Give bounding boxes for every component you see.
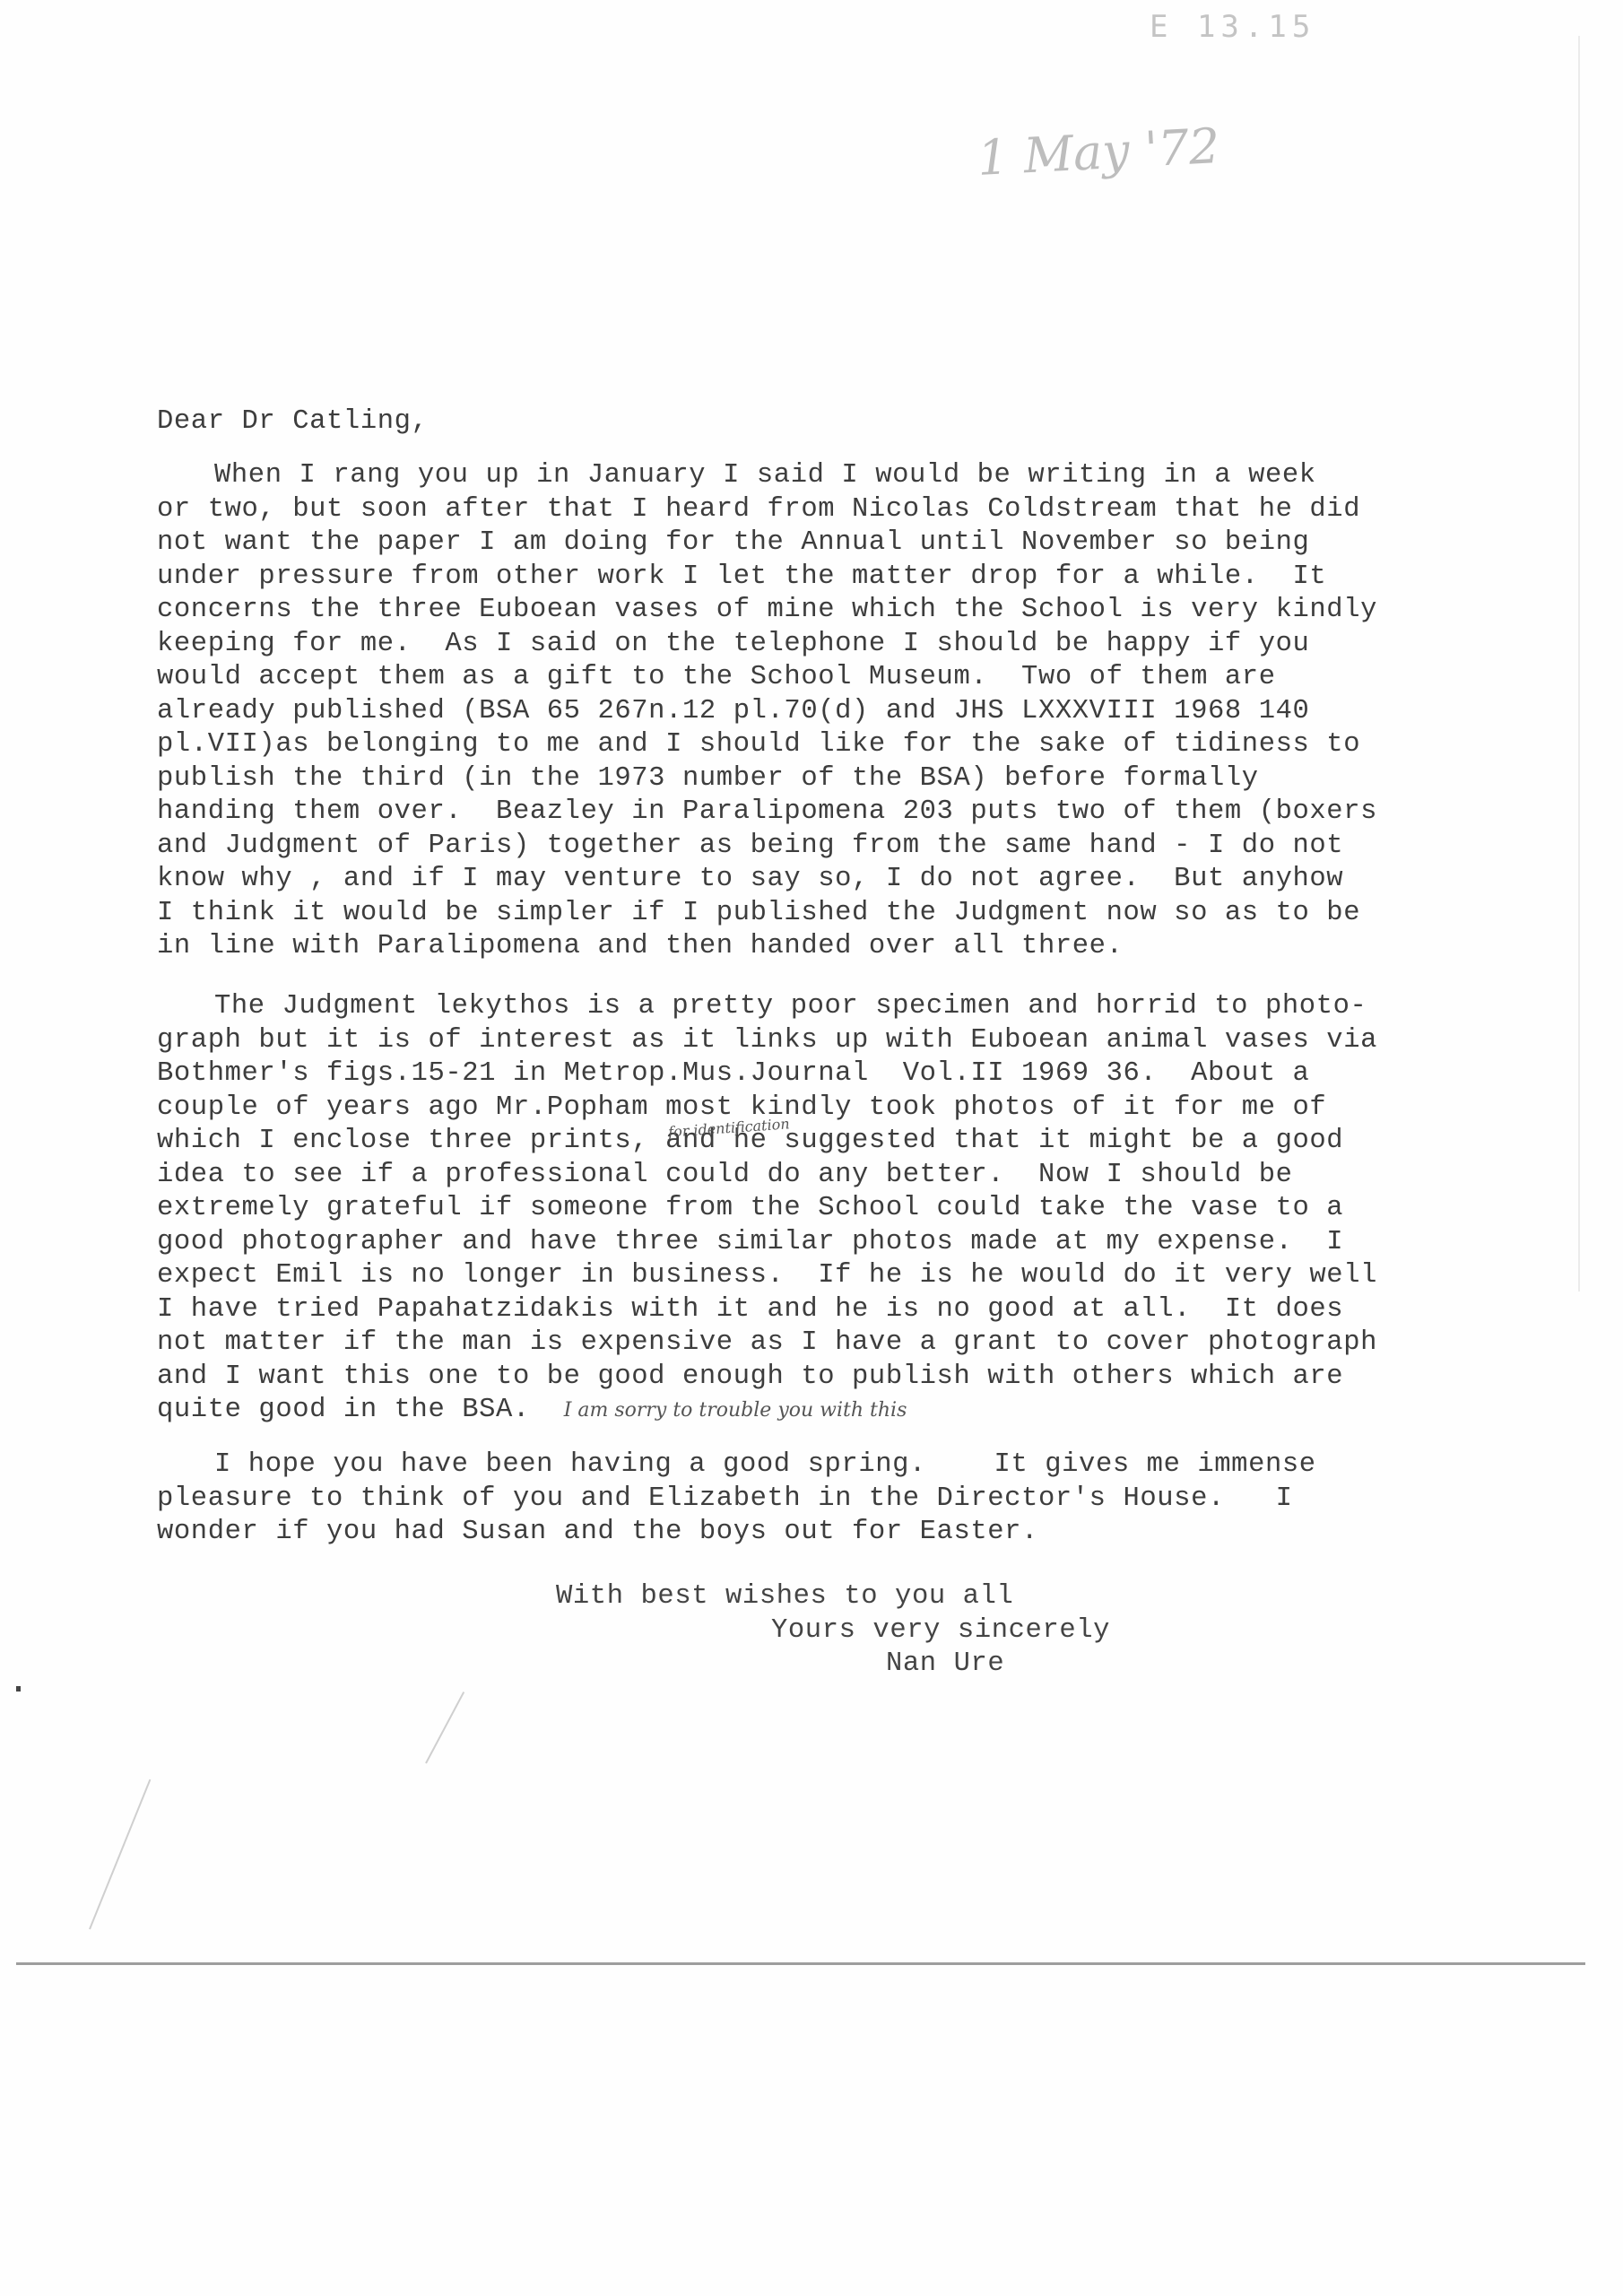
text-line: I hope you have been having a good sprin… [157,1448,1316,1483]
handwritten-postscript: I am sorry to trouble you with this [564,1399,907,1422]
text-line: extremely grateful if someone from the S… [157,1192,1377,1226]
text-line: in line with Paralipomena and then hande… [157,930,1377,964]
text-line: handing them over. Beazley in Paralipome… [157,796,1377,830]
archive-reference: E 13.15 [1150,9,1315,45]
text-line: pleasure to think of you and Elizabeth i… [157,1483,1316,1517]
text-line: publish the third (in the 1973 number of… [157,762,1377,796]
handwritten-date: 1 May '72 [976,117,1221,187]
text-line: I have tried Papahatzidakis with it and … [157,1293,1377,1327]
paragraph-2: The Judgment lekythos is a pretty poor s… [157,990,1377,1428]
page-edge-shadow [1578,36,1580,1291]
text-line: concerns the three Euboean vases of mine… [157,594,1377,628]
text-line: and I want this one to be good enough to… [157,1361,1377,1395]
closing-line: With best wishes to you all [556,1580,1013,1613]
scan-scratch [89,1779,151,1930]
text-line: I think it would be simpler if I publish… [157,897,1377,931]
text-line: not want the paper I am doing for the An… [157,526,1377,561]
text-line: When I rang you up in January I said I w… [157,459,1377,493]
text-line: under pressure from other work I let the… [157,561,1377,595]
text-line: keeping for me. As I said on the telepho… [157,628,1377,662]
text-line: wonder if you had Susan and the boys out… [157,1516,1316,1550]
punch-mark [16,1686,21,1692]
signature: Nan Ure [886,1648,1004,1681]
text-line: idea to see if a professional could do a… [157,1159,1377,1193]
text-line-last: quite good in the BSA. I am sorry to tro… [157,1394,1377,1428]
paragraph-1: When I rang you up in January I said I w… [157,459,1377,964]
text-line: graph but it is of interest as it links … [157,1024,1377,1058]
text-line: know why , and if I may venture to say s… [157,863,1377,897]
text-line: expect Emil is no longer in business. If… [157,1259,1377,1293]
text-line: The Judgment lekythos is a pretty poor s… [157,990,1377,1024]
salutation: Dear Dr Catling, [157,405,428,439]
scan-scratch [425,1692,464,1763]
text-line: good photographer and have three similar… [157,1226,1377,1260]
text-line: and Judgment of Paris) together as being… [157,830,1377,864]
page-bottom-rule [16,1962,1585,1965]
text-line: Bothmer's figs.15-21 in Metrop.Mus.Journ… [157,1057,1377,1091]
paragraph-3: I hope you have been having a good sprin… [157,1448,1316,1550]
text-line: not matter if the man is expensive as I … [157,1326,1377,1361]
text-line: would accept them as a gift to the Schoo… [157,661,1377,695]
text-line-typed: quite good in the BSA. [157,1395,530,1425]
valediction: Yours very sincerely [771,1614,1110,1648]
text-line: already published (BSA 65 267n.12 pl.70(… [157,695,1377,729]
letter-page: E 13.15 1 May '72 Dear Dr Catling, When … [0,0,1623,2296]
text-line: or two, but soon after that I heard from… [157,493,1377,527]
text-line: pl.VII)as belonging to me and I should l… [157,728,1377,762]
